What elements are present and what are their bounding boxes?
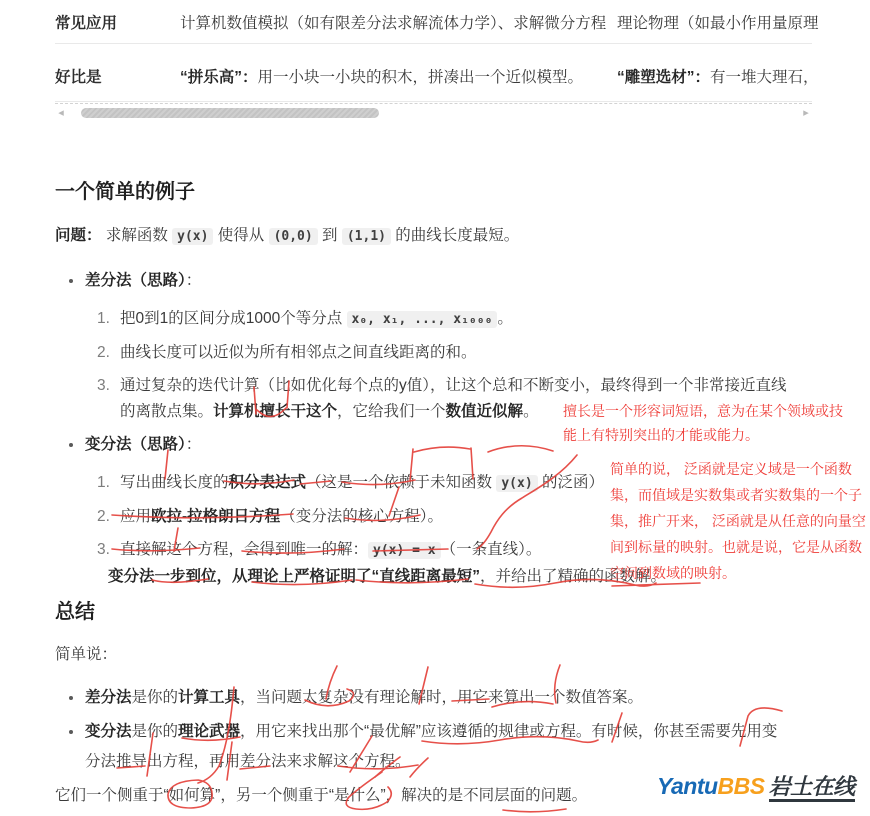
list-item: 1.把0到1的区间分成1000个等分点 x₀, x₁, ..., x₁₀₀₀。 (85, 306, 812, 333)
summary-list: 差分法是你的计算工具，当问题太复杂没有理论解时，用它来算出一个数值答案。 变分法… (55, 683, 812, 777)
table-row: 常见应用 计算机数值模拟（如有限差分法求解流体力学）、求解微分方程 理论物理（如… (55, 0, 812, 44)
scrollbar-track[interactable] (71, 107, 796, 119)
bullet-icon (69, 279, 73, 283)
horizontal-scrollbar[interactable]: ◂ ▸ (55, 103, 812, 122)
section-title-example: 一个简单的例子 (55, 180, 812, 204)
logo-text-yantu: Yantu (657, 773, 718, 799)
comparison-table: 常见应用 计算机数值模拟（如有限差分法求解流体力学）、求解微分方程 理论物理（如… (55, 0, 812, 122)
watermark-logo: YantuBBS岩土在线 (657, 770, 855, 801)
bullet-icon (69, 696, 73, 700)
row-header: 好比是 (55, 65, 180, 87)
table-cell: “拼乐高”：用一小块一小块的积木，拼凑出一个近似模型。 (180, 65, 617, 87)
list-item-diff-summary: 差分法是你的计算工具，当问题太复杂没有理论解时，用它来算出一个数值答案。 (55, 683, 812, 713)
vari-method-title: 变分法（思路）： (85, 436, 201, 453)
problem-statement: 问题： 求解函数 y(x) 使得从 (0,0) 到 (1,1) 的曲线长度最短。 (55, 225, 812, 248)
logo-text-cn: 岩土在线 (769, 774, 855, 802)
summary-intro: 简单说： (55, 644, 812, 666)
table-cell: 理论物理（如最小作用量原理 (617, 11, 819, 33)
diff-method-title: 差分法（思路）： (85, 272, 201, 289)
margin-note-shanchang: 擅长是一个形容词短语，意为在某个领域或技 能上有特别突出的才能或能力。 (563, 399, 843, 447)
logo-text-bbs: BBS (718, 773, 765, 799)
document-page: 常见应用 计算机数值模拟（如有限差分法求解流体力学）、求解微分方程 理论物理（如… (0, 0, 870, 816)
list-item-vari-summary: 变分法是你的理论武器，用它来找出那个“最优解”应该遵循的规律或方程。有时候，你甚… (55, 717, 812, 777)
row-header: 常见应用 (55, 11, 180, 33)
table-row: 好比是 “拼乐高”：用一小块一小块的积木，拼凑出一个近似模型。 “雕塑选材”：有… (55, 44, 812, 102)
table-cell: 计算机数值模拟（如有限差分法求解流体力学）、求解微分方程 (180, 11, 617, 33)
scroll-right-icon[interactable]: ▸ (800, 104, 812, 122)
bullet-icon (69, 730, 73, 734)
scroll-left-icon[interactable]: ◂ (55, 104, 67, 122)
list-item: 2.曲线长度可以近似为所有相邻点之间直线距离的和。 (85, 340, 812, 366)
bullet-icon (69, 443, 73, 447)
table-cell: “雕塑选材”：有一堆大理石， (617, 65, 819, 87)
margin-note-fanhan: 简单的说， 泛函就是定义域是一个函数 集，而值域是实数集或者实数集的一个子 集，… (610, 456, 866, 586)
scrollbar-thumb[interactable] (81, 108, 379, 118)
section-title-summary: 总结 (55, 600, 812, 624)
